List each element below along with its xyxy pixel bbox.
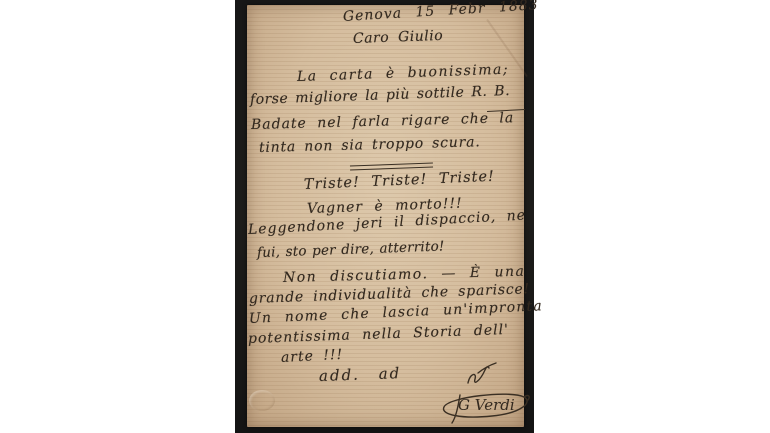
date-line: Genova 15 Febr 1883: [343, 0, 539, 25]
body-line: fui, sto per dire, atterrito!: [257, 238, 445, 261]
body-line: La carta è buonissima;: [297, 62, 510, 85]
signature-flourish: G Verdi: [432, 357, 537, 427]
body-line: tinta non sia troppo scura.: [259, 134, 481, 156]
body-line: Badate nel farla rigare che la: [251, 110, 515, 133]
body-line: forse migliore la più sottile R. B.: [250, 83, 511, 108]
body-line: Triste! Triste! Triste!: [304, 169, 495, 193]
closing-line: add. ad: [319, 364, 402, 385]
embossed-seal: [249, 390, 275, 411]
letter-photo: Genova 15 Febr 1883 Caro Giulio La carta…: [235, 0, 534, 433]
salutation-line: Caro Giulio: [353, 28, 444, 47]
signature-text: G Verdi: [458, 396, 515, 414]
letter-paper: Genova 15 Febr 1883 Caro Giulio La carta…: [247, 5, 524, 427]
section-divider: [350, 163, 433, 171]
body-line: arte !!!: [281, 347, 344, 366]
page: Genova 15 Febr 1883 Caro Giulio La carta…: [0, 0, 770, 433]
body-line: potentissima nella Storia dell': [248, 322, 509, 347]
